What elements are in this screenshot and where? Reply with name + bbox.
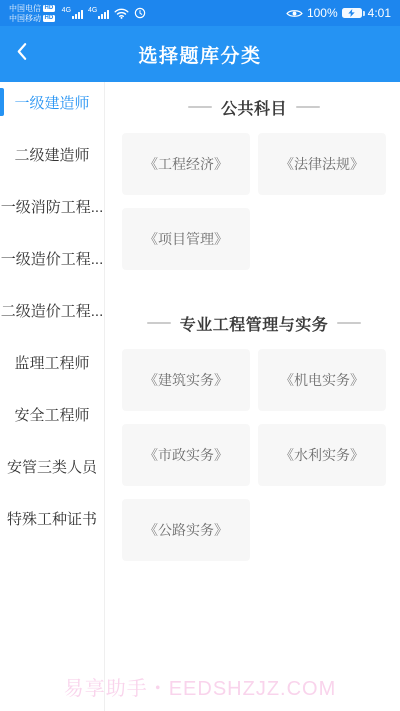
subject-grid: 《建筑实务》 《机电实务》 《市政实务》 《水利实务》 《公路实务》 <box>122 349 386 561</box>
sidebar-item-teshu-gongzhong[interactable]: 特殊工种证书 <box>0 498 104 538</box>
sidebar-item-label: 一级建造师 <box>14 92 89 113</box>
chevron-left-icon <box>16 42 27 66</box>
subject-card-gonglu-shiwu[interactable]: 《公路实务》 <box>122 499 250 561</box>
category-sidebar: 一级建造师 二级建造师 一级消防工程... 一级造价工程... 二级造价工程..… <box>0 82 105 711</box>
wifi-icon <box>114 7 129 19</box>
alarm-clock-icon <box>134 7 146 19</box>
section-title-row: 专业工程管理与实务 <box>122 310 386 336</box>
sidebar-item-label: 二级造价工程... <box>1 300 104 321</box>
subject-panel: 公共科目 《工程经济》 《法律法规》 《项目管理》 专业工程管理与实务 《建筑实… <box>105 82 400 711</box>
sidebar-item-label: 一级消防工程... <box>1 196 104 217</box>
body: 一级建造师 二级建造师 一级消防工程... 一级造价工程... 二级造价工程..… <box>0 82 400 711</box>
subject-card-gongcheng-jingji[interactable]: 《工程经济》 <box>122 133 250 195</box>
carrier-name-2: 中国移动 <box>9 14 41 23</box>
clock-time: 4:01 <box>368 7 391 19</box>
signal-bars-icon <box>98 10 109 19</box>
battery-percent: 100% <box>307 7 338 19</box>
section-professional-practice: 专业工程管理与实务 《建筑实务》 《机电实务》 《市政实务》 《水利实务》 《公… <box>122 310 386 561</box>
section-title: 专业工程管理与实务 <box>180 312 329 335</box>
dash-line <box>188 106 212 108</box>
subject-card-shizheng-shiwu[interactable]: 《市政实务》 <box>122 424 250 486</box>
nav-header: 选择题库分类 <box>0 26 400 82</box>
selected-indicator-bar <box>0 88 4 116</box>
subject-grid: 《工程经济》 《法律法规》 《项目管理》 <box>122 133 386 270</box>
battery-charging-icon <box>342 8 362 18</box>
subject-card-jianzhu-shiwu[interactable]: 《建筑实务》 <box>122 349 250 411</box>
signal-group-1: 4G <box>62 7 83 19</box>
signal-group-2: 4G <box>88 7 109 19</box>
sidebar-item-anquan[interactable]: 安全工程师 <box>0 394 104 434</box>
sidebar-item-label: 监理工程师 <box>14 352 89 373</box>
sidebar-item-label: 一级造价工程... <box>1 248 104 269</box>
sidebar-item-anguan-sanlei[interactable]: 安管三类人员 <box>0 446 104 486</box>
sidebar-item-yiji-zaojia[interactable]: 一级造价工程... <box>0 238 104 278</box>
sidebar-item-yiji-xiaofang[interactable]: 一级消防工程... <box>0 186 104 226</box>
subject-card-shuili-shiwu[interactable]: 《水利实务》 <box>258 424 386 486</box>
hd-badge-icon: HD <box>43 5 55 12</box>
hd-badge-icon: HD <box>43 15 55 22</box>
network-type-label: 4G <box>88 7 97 14</box>
back-button[interactable] <box>0 26 48 82</box>
sidebar-item-erji-jianzaoshi[interactable]: 二级建造师 <box>0 134 104 174</box>
status-bar: 中国电信 HD 中国移动 HD 4G 4G <box>0 0 400 26</box>
sidebar-item-erji-zaojia[interactable]: 二级造价工程... <box>0 290 104 330</box>
subject-card-xiangmu-guanli[interactable]: 《项目管理》 <box>122 208 250 270</box>
sidebar-item-label: 安全工程师 <box>14 404 89 425</box>
dash-line <box>147 322 171 324</box>
section-title: 公共科目 <box>221 96 287 119</box>
subject-card-falv-fagui[interactable]: 《法律法规》 <box>258 133 386 195</box>
sidebar-item-label: 二级建造师 <box>14 144 89 165</box>
eye-protection-icon <box>286 8 303 19</box>
sidebar-item-yiji-jianzaoshi[interactable]: 一级建造师 <box>0 82 104 122</box>
sidebar-item-label: 特殊工种证书 <box>7 508 97 529</box>
carrier-block: 中国电信 HD 中国移动 HD <box>9 4 55 23</box>
network-type-label: 4G <box>62 7 71 14</box>
section-title-row: 公共科目 <box>122 94 386 120</box>
sidebar-item-jianli[interactable]: 监理工程师 <box>0 342 104 382</box>
dash-line <box>296 106 320 108</box>
signal-bars-icon <box>72 10 83 19</box>
carrier-name-1: 中国电信 <box>9 4 41 13</box>
subject-card-jidian-shiwu[interactable]: 《机电实务》 <box>258 349 386 411</box>
app-screen: 中国电信 HD 中国移动 HD 4G 4G <box>0 0 400 711</box>
section-public-subjects: 公共科目 《工程经济》 《法律法规》 《项目管理》 <box>122 94 386 270</box>
dash-line <box>337 322 361 324</box>
sidebar-item-label: 安管三类人员 <box>7 456 97 477</box>
status-right-block: 100% 4:01 <box>286 7 391 19</box>
page-title: 选择题库分类 <box>0 41 400 68</box>
